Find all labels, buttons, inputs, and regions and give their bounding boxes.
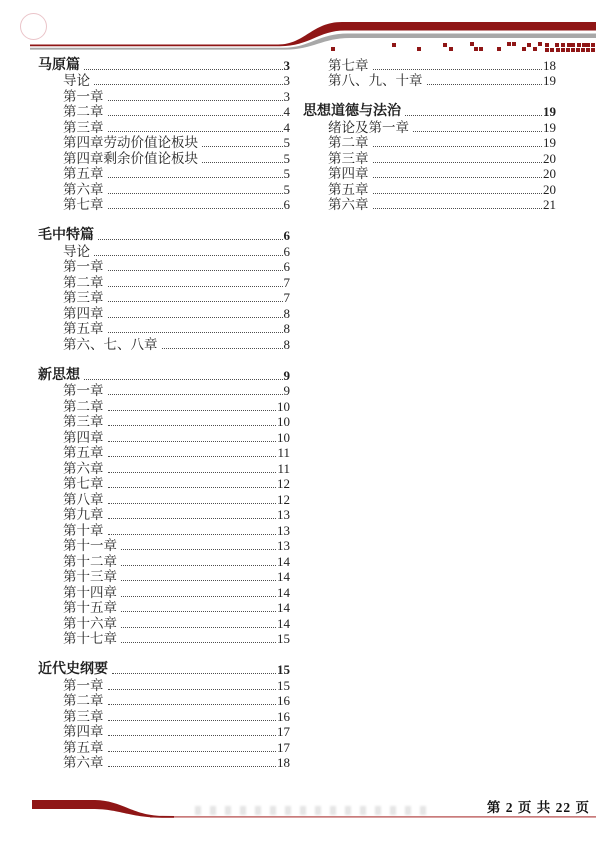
toc-entry-page: 6 (284, 197, 291, 212)
dotted-leader (108, 456, 277, 457)
toc-entry-page: 8 (284, 306, 291, 321)
toc-entry-page: 14 (277, 585, 290, 600)
toc-entry-label: 新思想 (38, 368, 80, 383)
toc-entry-page: 19 (543, 135, 556, 150)
toc-entry-page: 5 (284, 135, 291, 150)
toc-entry-page: 21 (543, 197, 556, 212)
dotted-leader (121, 611, 276, 612)
toc-section-header[interactable]: 马原篇3 (38, 57, 290, 73)
toc-entry[interactable]: 第六章11 (38, 460, 290, 476)
toc-entry-label: 第六章 (63, 461, 104, 476)
toc-entry-page: 19 (543, 120, 556, 135)
toc-entry-page: 16 (277, 693, 290, 708)
toc-entry[interactable]: 导论3 (38, 73, 290, 89)
red-square-dot (577, 43, 581, 47)
dotted-leader (121, 627, 276, 628)
dotted-leader (84, 379, 283, 380)
toc-entry-page: 9 (284, 368, 291, 383)
toc-entry[interactable]: 第五章20 (303, 181, 556, 197)
footer-thin-line (150, 816, 596, 818)
toc-entry-page: 10 (277, 414, 290, 429)
dotted-leader (108, 720, 277, 721)
toc-entry[interactable]: 第二章7 (38, 274, 290, 290)
red-square-dot (550, 48, 554, 52)
toc-entry-page: 16 (277, 709, 290, 724)
dotted-leader (108, 177, 283, 178)
toc-entry[interactable]: 第八章12 (38, 491, 290, 507)
footer-faint-text (195, 806, 430, 815)
toc-entry-label: 第三章 (63, 290, 104, 305)
toc-entry[interactable]: 第三章16 (38, 708, 290, 724)
toc-entry[interactable]: 第一章9 (38, 383, 290, 399)
dotted-leader (202, 146, 283, 147)
dotted-leader (108, 441, 277, 442)
dotted-leader (108, 100, 283, 101)
toc-entry-page: 8 (284, 321, 291, 336)
toc-entry-label: 第四章剩余价值论板块 (63, 151, 198, 166)
dotted-leader (108, 301, 283, 302)
toc-entry-label: 第四章劳动价值论板块 (63, 135, 198, 150)
toc-entry-page: 10 (277, 399, 290, 414)
toc-entry[interactable]: 第四章20 (303, 166, 556, 182)
toc-entry-label: 第九章 (63, 507, 104, 522)
toc-entry-label: 第一章 (63, 89, 104, 104)
dotted-leader (84, 69, 283, 70)
toc-left-column: 马原篇3导论3第一章3第二章4第三章4第四章劳动价值论板块5第四章剩余价值论板块… (38, 57, 290, 770)
dotted-leader (108, 286, 283, 287)
toc-entry-label: 近代史纲要 (38, 662, 108, 677)
toc-entry-label: 第二章 (63, 399, 104, 414)
dotted-leader (108, 751, 277, 752)
toc-entry[interactable]: 第十七章15 (38, 631, 290, 647)
toc-entry[interactable]: 第四章8 (38, 305, 290, 321)
section-gap (38, 212, 290, 228)
dotted-leader (108, 270, 283, 271)
toc-entry-page: 15 (277, 631, 290, 646)
red-square-dot (571, 48, 575, 52)
toc-entry-label: 第十一章 (63, 538, 117, 553)
red-square-dot (474, 47, 478, 51)
toc-entry-label: 第三章 (328, 151, 369, 166)
dotted-leader (373, 208, 543, 209)
footer-page-indicator: 第 2 页 共 22 页 (487, 796, 590, 816)
dotted-leader (108, 766, 277, 767)
red-square-dot (586, 48, 590, 52)
toc-entry-label: 第五章 (63, 445, 104, 460)
toc-entry-page: 14 (277, 600, 290, 615)
toc-entry-page: 10 (277, 430, 290, 445)
toc-entry-page: 11 (277, 461, 290, 476)
toc-entry-label: 第十五章 (63, 600, 117, 615)
toc-entry-label: 马原篇 (38, 58, 80, 73)
dotted-leader (373, 162, 543, 163)
toc-entry-label: 第四章 (63, 430, 104, 445)
section-gap (38, 352, 290, 368)
toc-entry-page: 5 (284, 166, 291, 181)
toc-entry-page: 7 (284, 290, 291, 305)
dotted-leader (108, 425, 277, 426)
red-square-dot (561, 43, 565, 47)
dotted-leader (108, 332, 283, 333)
toc-entry-label: 第八、九、十章 (328, 73, 423, 88)
toc-entry-label: 第八章 (63, 492, 104, 507)
toc-entry-page: 18 (277, 755, 290, 770)
toc-entry[interactable]: 第六章21 (303, 197, 556, 213)
toc-entry[interactable]: 第七章18 (303, 57, 556, 73)
toc-entry-label: 第五章 (63, 321, 104, 336)
toc-entry[interactable]: 第十六章14 (38, 615, 290, 631)
toc-entry-page: 3 (284, 89, 291, 104)
toc-entry-label: 第十二章 (63, 554, 117, 569)
toc-entry-label: 第五章 (63, 166, 104, 181)
dotted-leader (112, 673, 276, 674)
toc-entry[interactable]: 第四章10 (38, 429, 290, 445)
toc-entry[interactable]: 第五章17 (38, 739, 290, 755)
toc-right-column: 第七章18第八、九、十章19思想道德与法治19绪论及第一章19第二章19第三章2… (303, 57, 556, 212)
toc-entry-label: 思想道德与法治 (303, 104, 401, 119)
toc-entry[interactable]: 第三章20 (303, 150, 556, 166)
toc-section-header[interactable]: 近代史纲要15 (38, 662, 290, 678)
toc-entry-page: 13 (277, 507, 290, 522)
toc-entry[interactable]: 第十三章14 (38, 569, 290, 585)
red-square-dot (591, 43, 595, 47)
toc-entry[interactable]: 第十五章14 (38, 600, 290, 616)
dotted-leader (108, 689, 277, 690)
toc-entry-label: 第十七章 (63, 631, 117, 646)
toc-entry-label: 第三章 (63, 709, 104, 724)
toc-entry-page: 12 (277, 476, 290, 491)
dotted-leader (405, 115, 542, 116)
toc-entry-page: 13 (277, 523, 290, 538)
toc-entry-page: 15 (277, 678, 290, 693)
toc-entry-page: 6 (284, 244, 291, 259)
dotted-leader (373, 146, 543, 147)
toc-entry-label: 绪论及第一章 (328, 120, 409, 135)
toc-entry-page: 9 (284, 383, 291, 398)
toc-entry-page: 14 (277, 554, 290, 569)
dotted-leader (121, 596, 276, 597)
red-square-dot (533, 47, 537, 51)
toc-entry-page: 19 (543, 104, 556, 119)
toc-section-header[interactable]: 思想道德与法治19 (303, 104, 556, 120)
toc-entry-page: 4 (284, 120, 291, 135)
toc-entry[interactable]: 第六章5 (38, 181, 290, 197)
dotted-leader (108, 503, 277, 504)
dotted-leader (202, 162, 283, 163)
dotted-leader (94, 255, 283, 256)
dotted-leader (373, 177, 543, 178)
header-swoosh (0, 0, 596, 60)
toc-entry[interactable]: 第四章17 (38, 724, 290, 740)
toc-entry[interactable]: 第五章5 (38, 166, 290, 182)
red-square-dot (561, 48, 565, 52)
toc-entry-label: 第一章 (63, 383, 104, 398)
toc-entry-page: 14 (277, 616, 290, 631)
toc-entry-page: 7 (284, 275, 291, 290)
toc-entry[interactable]: 第二章16 (38, 693, 290, 709)
toc-entry[interactable]: 第三章4 (38, 119, 290, 135)
toc-entry-page: 19 (543, 73, 556, 88)
toc-entry[interactable]: 第五章8 (38, 321, 290, 337)
toc-entry-page: 6 (284, 228, 291, 243)
toc-entry[interactable]: 第三章10 (38, 414, 290, 430)
toc-entry-label: 第十章 (63, 523, 104, 538)
toc-entry-page: 17 (277, 740, 290, 755)
dotted-leader (108, 534, 277, 535)
red-square-dot (566, 48, 570, 52)
toc-entry[interactable]: 导论6 (38, 243, 290, 259)
toc-entry-label: 第二章 (328, 135, 369, 150)
toc-entry-label: 第十四章 (63, 585, 117, 600)
toc-entry[interactable]: 第十一章13 (38, 538, 290, 554)
toc-entry[interactable]: 第二章19 (303, 135, 556, 151)
toc-entry[interactable]: 第二章10 (38, 398, 290, 414)
toc-entry-label: 第三章 (63, 414, 104, 429)
toc-entry[interactable]: 第七章12 (38, 476, 290, 492)
toc-entry[interactable]: 第五章11 (38, 445, 290, 461)
header-circle-mark (20, 13, 47, 40)
toc-section-header[interactable]: 毛中特篇6 (38, 228, 290, 244)
toc-entry-label: 第六、七、八章 (63, 337, 158, 352)
toc-entry[interactable]: 第九章13 (38, 507, 290, 523)
dotted-leader (108, 394, 283, 395)
toc-entry-label: 第四章 (328, 166, 369, 181)
red-square-dot (497, 47, 501, 51)
dotted-leader (108, 317, 283, 318)
toc-entry[interactable]: 第十四章14 (38, 584, 290, 600)
red-square-dot (555, 43, 559, 47)
red-square-dot (507, 42, 511, 46)
toc-entry-label: 第七章 (63, 476, 104, 491)
toc-entry[interactable]: 第四章剩余价值论板块5 (38, 150, 290, 166)
dotted-leader (108, 115, 283, 116)
toc-page: 马原篇3导论3第一章3第二章4第三章4第四章劳动价值论板块5第四章剩余价值论板块… (0, 0, 596, 843)
dotted-leader (108, 487, 277, 488)
red-square-dot (591, 48, 595, 52)
section-gap (38, 646, 290, 662)
toc-entry-page: 4 (284, 104, 291, 119)
toc-entry[interactable]: 第七章6 (38, 197, 290, 213)
dotted-leader (108, 704, 277, 705)
toc-entry-label: 第五章 (328, 182, 369, 197)
red-square-dot (538, 42, 542, 46)
toc-entry-page: 3 (284, 58, 291, 73)
dotted-leader (121, 549, 276, 550)
toc-entry-page: 8 (284, 337, 291, 352)
dotted-leader (108, 131, 283, 132)
red-square-dot (527, 43, 531, 47)
dotted-leader (373, 193, 543, 194)
footer-swoosh-red (32, 800, 174, 818)
toc-entry-label: 第四章 (63, 724, 104, 739)
dotted-leader (108, 518, 277, 519)
toc-entry-label: 第四章 (63, 306, 104, 321)
toc-entry-label: 第六章 (63, 755, 104, 770)
toc-entry-label: 第二章 (63, 104, 104, 119)
toc-entry-page: 5 (284, 151, 291, 166)
toc-entry[interactable]: 第一章3 (38, 88, 290, 104)
toc-entry[interactable]: 第八、九、十章19 (303, 73, 556, 89)
toc-entry-page: 12 (277, 492, 290, 507)
toc-entry-page: 3 (284, 73, 291, 88)
toc-entry[interactable]: 第六章18 (38, 755, 290, 771)
toc-entry[interactable]: 第十二章14 (38, 553, 290, 569)
toc-entry-label: 第一章 (63, 678, 104, 693)
dotted-leader (94, 84, 283, 85)
red-square-dot (449, 47, 453, 51)
toc-entry[interactable]: 第二章4 (38, 104, 290, 120)
dotted-leader (121, 580, 276, 581)
toc-entry-label: 第十六章 (63, 616, 117, 631)
dotted-leader (121, 565, 276, 566)
toc-entry-label: 第七章 (63, 197, 104, 212)
red-square-dot (581, 48, 585, 52)
toc-entry[interactable]: 第三章7 (38, 290, 290, 306)
red-square-dot (556, 48, 560, 52)
toc-entry-label: 第二章 (63, 693, 104, 708)
toc-entry-page: 6 (284, 259, 291, 274)
toc-entry-label: 第五章 (63, 740, 104, 755)
section-gap (303, 88, 556, 104)
toc-entry-page: 14 (277, 569, 290, 584)
dotted-leader (373, 69, 543, 70)
toc-entry-label: 第一章 (63, 259, 104, 274)
dotted-leader (413, 131, 542, 132)
toc-section-header[interactable]: 新思想9 (38, 367, 290, 383)
dotted-leader (98, 239, 283, 240)
toc-entry[interactable]: 第四章劳动价值论板块5 (38, 135, 290, 151)
toc-entry[interactable]: 第一章15 (38, 677, 290, 693)
red-square-dot (545, 48, 549, 52)
toc-entry-page: 13 (277, 538, 290, 553)
dotted-leader (162, 348, 283, 349)
dotted-leader (427, 84, 543, 85)
red-square-dot (331, 47, 335, 51)
red-square-dot (479, 47, 483, 51)
toc-entry-label: 导论 (63, 73, 90, 88)
toc-entry-label: 第十三章 (63, 569, 117, 584)
red-square-dot (545, 43, 549, 47)
red-square-dot (417, 47, 421, 51)
toc-entry[interactable]: 绪论及第一章19 (303, 119, 556, 135)
toc-entry-page: 20 (543, 166, 556, 181)
dotted-leader (108, 410, 277, 411)
red-square-dot (512, 42, 516, 46)
red-square-dot (443, 43, 447, 47)
toc-entry[interactable]: 第一章6 (38, 259, 290, 275)
toc-entry-label: 第三章 (63, 120, 104, 135)
toc-entry-page: 11 (277, 445, 290, 460)
toc-entry-page: 20 (543, 151, 556, 166)
red-square-dot (586, 43, 590, 47)
toc-entry-label: 毛中特篇 (38, 228, 94, 243)
toc-entry-page: 5 (284, 182, 291, 197)
dotted-leader (108, 472, 277, 473)
toc-entry-page: 18 (543, 58, 556, 73)
dotted-leader (108, 208, 283, 209)
toc-entry-label: 第二章 (63, 275, 104, 290)
dotted-leader (108, 193, 283, 194)
toc-entry-page: 17 (277, 724, 290, 739)
red-square-dot (576, 48, 580, 52)
toc-entry[interactable]: 第六、七、八章8 (38, 336, 290, 352)
toc-entry-label: 第七章 (328, 58, 369, 73)
red-square-dot (571, 43, 575, 47)
toc-entry-label: 导论 (63, 244, 90, 259)
dotted-leader (121, 642, 276, 643)
toc-entry-page: 15 (277, 662, 290, 677)
toc-entry[interactable]: 第十章13 (38, 522, 290, 538)
dotted-leader (108, 735, 277, 736)
red-square-dot (470, 42, 474, 46)
toc-entry-page: 20 (543, 182, 556, 197)
red-square-dot (522, 47, 526, 51)
red-square-dot (392, 43, 396, 47)
toc-entry-label: 第六章 (63, 182, 104, 197)
toc-entry-label: 第六章 (328, 197, 369, 212)
